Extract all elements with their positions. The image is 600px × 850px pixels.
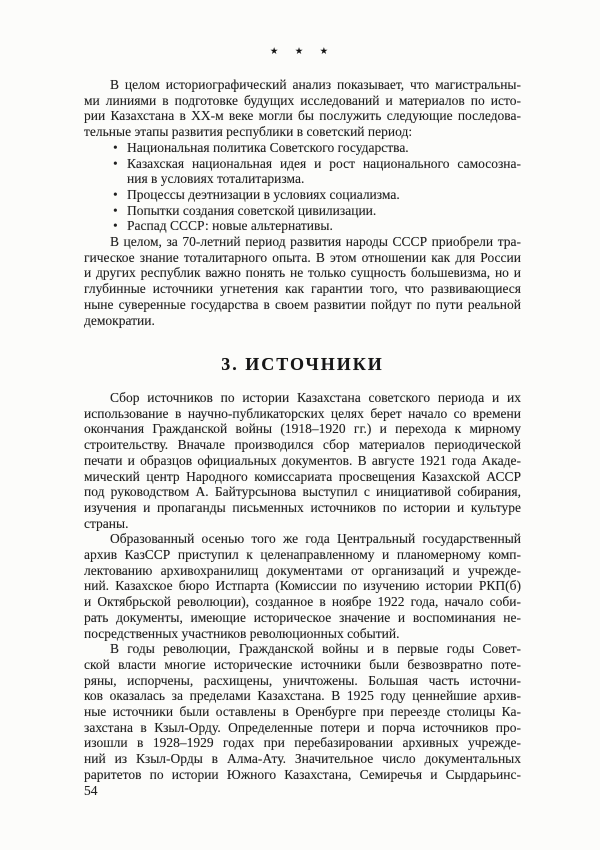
page-number: 54: [84, 783, 98, 799]
text-line: ряны, испорчены, расхищены, уничтожены. …: [84, 673, 521, 689]
central-archive-paragraph: Образованный осенью того же года Централ…: [84, 531, 521, 641]
text-line: глубинные источники угнетения как гарант…: [84, 281, 521, 297]
bullet-icon: •: [113, 203, 118, 219]
text-line: ния в условиях тоталитаризма.: [127, 171, 521, 187]
book-page: ★ ★ ★ В целом историографический анализ …: [0, 0, 600, 850]
lost-sources-paragraph: В годы революции, Гражданской войны и в …: [84, 641, 521, 782]
text-line: демократии.: [84, 313, 521, 329]
text-line: печати и образцов официальных документов…: [84, 453, 521, 469]
text-line: захстана в Кзыл-Орду. Определенные потер…: [84, 720, 521, 736]
text-line: Образованный осенью того же года Централ…: [84, 531, 521, 547]
bullet-icon: •: [113, 187, 118, 203]
text-line: и Октябрьской революции), созданное в но…: [84, 594, 521, 610]
bullet-item: • Национальная политика Советского госуд…: [84, 140, 521, 156]
text-line: Распад СССР: новые альтернативы.: [127, 218, 521, 234]
upper-text-block: В целом историографический анализ показы…: [84, 77, 521, 328]
bullet-item: • Казахская национальная идея и рост нац…: [84, 156, 521, 187]
text-line: изучения и пропаганды письменных источни…: [84, 500, 521, 516]
bullet-item: • Попытки создания советской цивилизации…: [84, 203, 521, 219]
bullet-item: • Распад СССР: новые альтернативы.: [84, 218, 521, 234]
text-line: изошли в 1928–1929 годах при перебазиров…: [84, 735, 521, 751]
text-line: В годы революции, Гражданской войны и в …: [84, 641, 521, 657]
text-line: В целом, за 70-летний период развития на…: [84, 234, 521, 250]
text-line: ныне суверенные государства в своем разв…: [84, 297, 521, 313]
totalitarian-experience-paragraph: В целом, за 70-летний период развития на…: [84, 234, 521, 328]
text-line: ний. Казахское бюро Истпарта (Комиссии п…: [84, 578, 521, 594]
section-heading: 3. ИСТОЧНИКИ: [84, 354, 521, 375]
text-line: под руководством А. Байтурсынова выступи…: [84, 484, 521, 500]
bullet-icon: •: [113, 218, 118, 234]
text-line: лектованию архивохранилищ документами от…: [84, 563, 521, 579]
bullet-icon: •: [113, 156, 118, 172]
text-line: ской власти многие исторические источник…: [84, 657, 521, 673]
sources-collection-paragraph: Сбор источников по истории Казахстана со…: [84, 390, 521, 531]
text-line: строительству. Вначале производился сбор…: [84, 437, 521, 453]
text-line: Национальная политика Советского государ…: [127, 140, 521, 156]
sources-section-text-block: Сбор источников по истории Казахстана со…: [84, 390, 521, 783]
text-line: В целом историографический анализ показы…: [84, 77, 521, 93]
text-line: окончания Гражданской войны (1918–1920 г…: [84, 421, 521, 437]
text-line: Попытки создания советской цивилизации.: [127, 203, 521, 219]
text-line: мический центр Народного комиссариата пр…: [84, 469, 521, 485]
text-line: Казахская национальная идея и рост нацио…: [127, 156, 521, 172]
section-divider-stars-icon: ★ ★ ★: [84, 46, 521, 57]
bullet-icon: •: [113, 140, 118, 156]
text-line: Процессы деэтнизации в условиях социализ…: [127, 187, 521, 203]
text-line: и других республик важно понять не тольк…: [84, 265, 521, 281]
text-line: рать документы, имеющие историческое зна…: [84, 610, 521, 626]
text-line: ний из Кзыл-Орды в Алма-Ату. Значительно…: [84, 751, 521, 767]
historiography-summary-paragraph: В целом историографический анализ показы…: [84, 77, 521, 140]
text-line: использование в научно-публикаторских це…: [84, 406, 521, 422]
text-line: архив КазССР приступил к целенаправленно…: [84, 547, 521, 563]
bullet-list: • Национальная политика Советского госуд…: [84, 140, 521, 234]
text-line: гическое знание тоталитарного опыта. В э…: [84, 250, 521, 266]
text-line: ков оказалась за пределами Казахстана. В…: [84, 688, 521, 704]
text-line: рии Казахстана в XX-м веке могли бы посл…: [84, 108, 521, 124]
text-line: посредственных участников революционных …: [84, 626, 521, 642]
text-line: ми линиями в подготовке будущих исследов…: [84, 93, 521, 109]
text-line: ные источники были оставлены в Оренбурге…: [84, 704, 521, 720]
text-line: раритетов по истории Южного Казахстана, …: [84, 767, 521, 783]
text-line: тельные этапы развития республики в сове…: [84, 124, 521, 140]
bullet-item: • Процессы деэтнизации в условиях социал…: [84, 187, 521, 203]
text-line: Сбор источников по истории Казахстана со…: [84, 390, 521, 406]
text-line: страны.: [84, 516, 521, 532]
